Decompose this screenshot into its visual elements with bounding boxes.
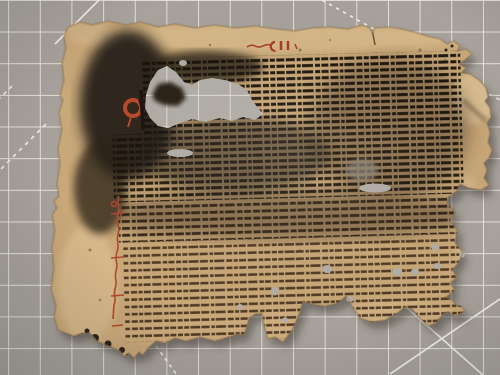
photo-vignette bbox=[0, 0, 500, 375]
photo-of-manuscript-on-cutting-mat bbox=[0, 0, 500, 375]
manuscript-photo-canvas bbox=[0, 0, 500, 375]
